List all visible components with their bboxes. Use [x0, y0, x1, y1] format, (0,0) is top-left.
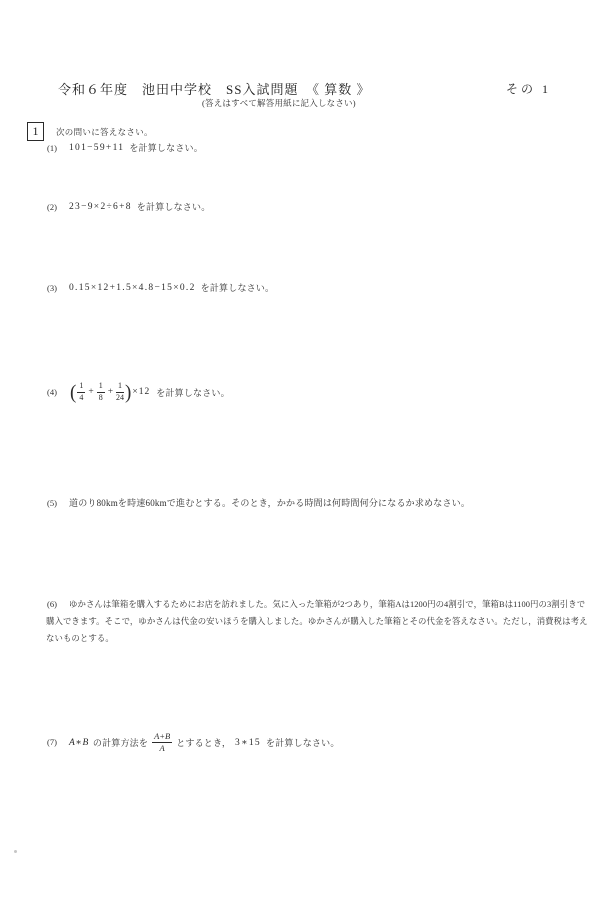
question-7-expression: 3∗15	[235, 737, 261, 748]
fraction-denominator: 8	[97, 393, 105, 403]
plus-operator: +	[88, 387, 93, 397]
page-number-label: その 1	[506, 80, 551, 97]
fraction-denominator: 4	[77, 393, 85, 403]
question-4: (4) ( 1 4 + 1 8 + 1 24 ) ×12 を計算しなさい。	[47, 380, 230, 404]
question-4-text: を計算しなさい。	[156, 386, 230, 399]
fraction-a-plus-b-over-a: A+B A	[152, 732, 172, 753]
question-6-text-line2: 購入できます。そこで，ゆかさんは代金の安いほうを購入しました。ゆかさんが購入した…	[46, 615, 588, 627]
question-2-expression: 23−9×2÷6+8	[69, 202, 132, 212]
question-3: (3) 0.15×12+1.5×4.8−15×0.2 を計算しなさい。	[47, 281, 274, 294]
question-1-expression: 101−59+11	[69, 143, 124, 153]
fraction-one-fourth: 1 4	[77, 382, 85, 402]
question-6-number: (6)	[47, 599, 59, 609]
fraction-one-eighth: 1 8	[97, 382, 105, 402]
fraction-numerator: A+B	[152, 732, 172, 743]
fraction-one-twentyfourth: 1 24	[116, 382, 124, 402]
section-number: 1	[33, 124, 39, 139]
question-7-number: (7)	[47, 737, 59, 747]
question-5-text: 道のり80kmを時速60kmで進むとする。そのとき，かかる時間は何時間何分になる…	[69, 496, 470, 509]
scan-artifact-dot	[14, 850, 17, 853]
question-6: (6) ゆかさんは筆箱を購入するためにお店を訪れました。気に入った筆箱が2つあり…	[47, 598, 585, 610]
left-parenthesis: (	[70, 382, 76, 402]
section-number-box: 1	[27, 122, 44, 141]
operation-definition-term: A∗B	[69, 737, 89, 748]
question-2-text: を計算しなさい。	[137, 200, 211, 213]
fraction-denominator: A	[152, 743, 172, 753]
right-parenthesis: )	[125, 382, 131, 402]
exam-page: 令和６年度 池田中学校 SS入試問題 《 算数 》 その 1 (答えはすべて解答…	[0, 0, 600, 900]
question-6-text-line1: ゆかさんは筆箱を購入するためにお店を訪れました。気に入った筆箱が2つあり，筆箱A…	[69, 598, 585, 610]
question-2: (2) 23−9×2÷6+8 を計算しなさい。	[47, 200, 210, 213]
question-1: (1) 101−59+11 を計算しなさい。	[47, 141, 203, 154]
question-1-text: を計算しなさい。	[129, 141, 203, 154]
question-2-number: (2)	[47, 202, 59, 212]
fraction-numerator: 1	[77, 382, 85, 393]
question-1-number: (1)	[47, 143, 59, 153]
exam-subtitle: (答えはすべて解答用紙に記入しなさい)	[202, 97, 356, 109]
exam-title: 令和６年度 池田中学校 SS入試問題 《 算数 》	[58, 79, 370, 98]
question-3-text: を計算しなさい。	[201, 281, 275, 294]
times-12-term: ×12	[132, 387, 150, 397]
question-3-expression: 0.15×12+1.5×4.8−15×0.2	[69, 283, 196, 293]
question-5: (5) 道のり80kmを時速60kmで進むとする。そのとき，かかる時間は何時間何…	[47, 496, 470, 509]
question-4-number: (4)	[47, 387, 59, 397]
question-3-number: (3)	[47, 283, 59, 293]
question-7: (7) A∗B の計算方法を A+B A とするとき， 3∗15 を計算しなさい…	[47, 731, 340, 753]
question-7-text-prefix: の計算方法を	[93, 736, 148, 749]
fraction-numerator: 1	[97, 382, 105, 393]
fraction-denominator: 24	[116, 393, 124, 403]
plus-operator: +	[108, 387, 113, 397]
question-7-text-mid: とするとき，	[176, 736, 231, 749]
fraction-numerator: 1	[116, 382, 124, 393]
section-instruction: 次の問いに答えなさい。	[56, 126, 153, 138]
question-5-number: (5)	[47, 498, 59, 508]
question-6-text-line3: ないものとする。	[46, 632, 114, 644]
question-7-text-suffix: を計算しなさい。	[266, 736, 340, 749]
